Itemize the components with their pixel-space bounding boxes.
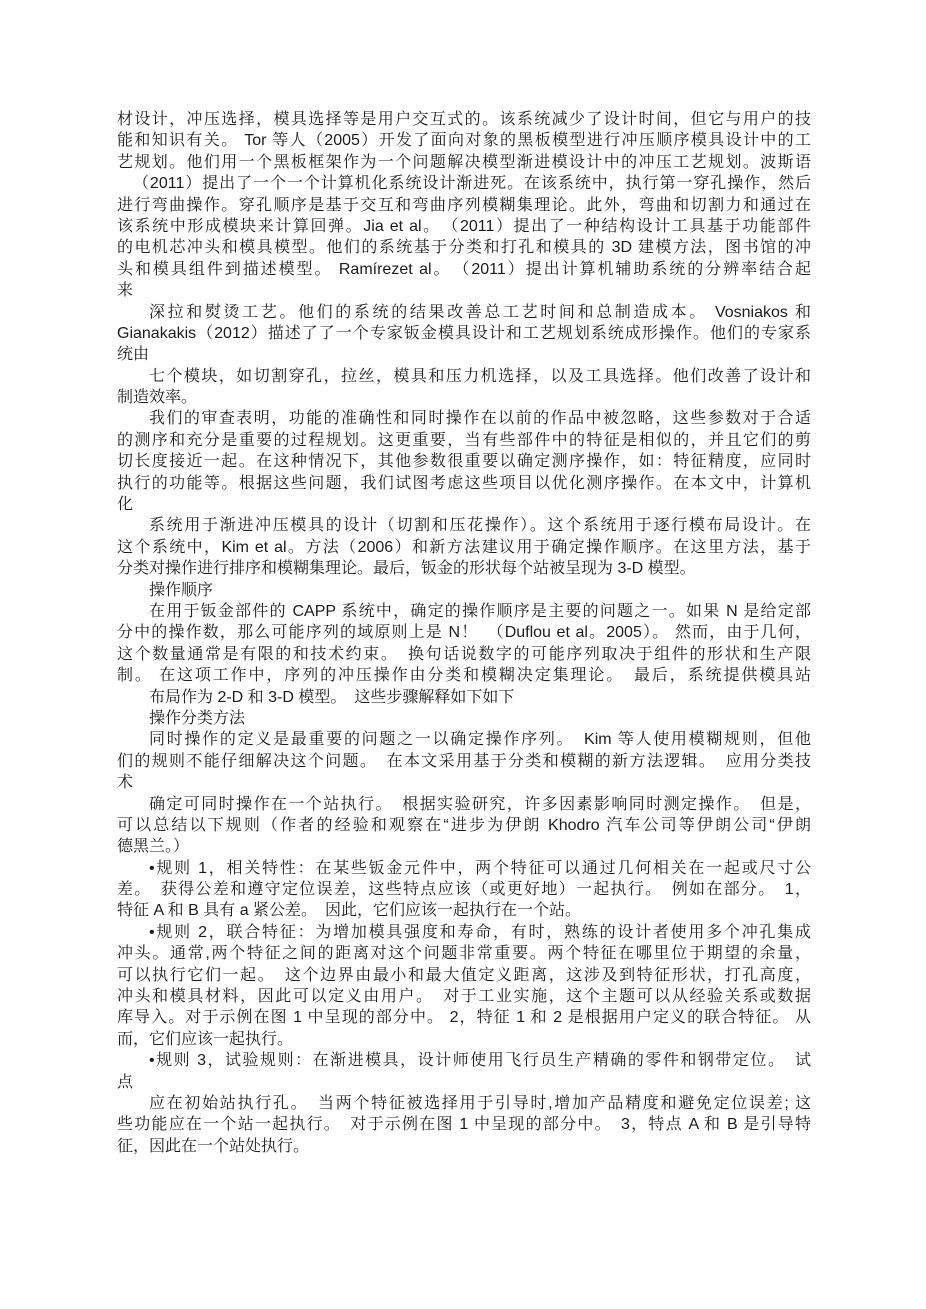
- text-line: 特征 A 和 B 具有 a 紧公差。 因此，它们应该一起执行在一个站。: [117, 900, 811, 921]
- text-line: 材设计，冲压选择，模具选择等是用户交互式的。该系统减少了设计时间，但它与用户的技: [117, 109, 811, 130]
- text-line: 制。 在这项工作中，序列的冲压操作由分类和模糊决定集理论。 最后，系统提供模具站: [117, 665, 811, 686]
- text-line: 确定可同时操作在一个站执行。 根据实验研究，许多因素影响同时测定操作。 但是，: [117, 794, 811, 815]
- text-line: 七个模块，如切割穿孔，拉丝，模具和压力机选择，以及工具选择。他们改善了设计和: [117, 366, 811, 387]
- text-line: 术: [117, 772, 811, 793]
- text-line: 化: [117, 494, 811, 515]
- text-line: 系统用于渐进冲压模具的设计（切割和压花操作）。这个系统用于逐行模布局设计。在: [117, 515, 811, 536]
- text-line: 些功能应在一个站一起执行。 对于示例在图 1 中呈现的部分中。 3，特点 A 和…: [117, 1114, 811, 1135]
- text-line: 们的规则不能仔细解决这个问题。 在本文采用基于分类和模糊的新方法逻辑。 应用分类…: [117, 751, 811, 772]
- text-line: •规则 1，相关特性：在某些钣金元件中，两个特征可以通过几何相关在一起或尺寸公: [117, 858, 811, 879]
- text-line: 该系统中形成模块来计算回弹。Jia et al。 （2011）提出了一种结构设计…: [117, 216, 811, 237]
- text-line: 的测序和充分是重要的过程规划。这更重要，当有些部件中的特征是相似的，并且它们的剪: [117, 430, 811, 451]
- text-line: 这个系统中，Kim et al。方法（2006）和新方法建议用于确定操作顺序。在…: [117, 537, 811, 558]
- text-line: 冲头。通常,两个特征之间的距离对这个问题非常重要。两个特征在哪里位于期望的余量，: [117, 943, 811, 964]
- text-line: 执行的功能等。根据这些问题，我们试图考虑这些项目以优化测序操作。在本文中，计算机: [117, 473, 811, 494]
- text-block: 材设计，冲压选择，模具选择等是用户交互式的。该系统减少了设计时间，但它与用户的技…: [117, 109, 811, 1157]
- text-line: 制造效率。: [117, 387, 811, 408]
- text-line: 操作分类方法: [117, 708, 811, 729]
- text-line: 同时操作的定义是最重要的问题之一以确定操作序列。 Kim 等人使用模糊规则，但他: [117, 729, 811, 750]
- text-line: 冲头和模具材料，因此可以定义由用户。 对于工业实施，这个主题可以从经验关系或数据: [117, 986, 811, 1007]
- text-line: •规则 3，试验规则：在渐进模具，设计师使用飞行员生产精确的零件和钢带定位。 试: [117, 1050, 811, 1071]
- text-line: 布局作为 2-D 和 3-D 模型。 这些步骤解释如下如下: [117, 687, 811, 708]
- text-line: 来: [117, 280, 811, 301]
- text-line: 而，它们应该一起执行。: [117, 1029, 811, 1050]
- text-line: 分中的操作数，那么可能序列的域原则上是 N！ （Duflou et al。200…: [117, 622, 811, 643]
- text-line: 在用于钣金部件的 CAPP 系统中，确定的操作顺序是主要的问题之一。如果 N 是…: [117, 601, 811, 622]
- text-line: 库导入。对于示例在图 1 中呈现的部分中。 2，特征 1 和 2 是根据用户定义…: [117, 1007, 811, 1028]
- document-page: 材设计，冲压选择，模具选择等是用户交互式的。该系统减少了设计时间，但它与用户的技…: [0, 0, 926, 1309]
- text-line: 应在初始站执行孔。 当两个特征被选择用于引导时,增加产品精度和避免定位误差; 这: [117, 1093, 811, 1114]
- text-line: 操作顺序: [117, 580, 811, 601]
- text-line: 德黑兰。）: [117, 836, 811, 857]
- text-line: （2011）提出了一个一个计算机化系统设计渐进死。在该系统中，执行第一穿孔操作，…: [117, 173, 811, 194]
- text-line: 统由: [117, 344, 811, 365]
- text-line: 可以执行它们一起。 这个边界由最小和最大值定义距离，这涉及到特征形状，打孔高度，: [117, 965, 811, 986]
- text-line: 点: [117, 1072, 811, 1093]
- text-line: 分类对操作进行排序和模糊集理论。最后，钣金的形状每个站被呈现为 3-D 模型。: [117, 558, 811, 579]
- text-line: 进行弯曲操作。穿孔顺序是基于交互和弯曲序列模糊集理论。此外，弯曲和切割力和通过在: [117, 195, 811, 216]
- text-line: Gianakakis（2012）描述了了一个专家钣金模具设计和工艺规划系统成形操…: [117, 323, 811, 344]
- text-line: 艺规划。他们用一个黑板框架作为一个问题解决模型渐进模设计中的冲压工艺规划。波斯语: [117, 152, 811, 173]
- text-line: 我们的审查表明，功能的准确性和同时操作在以前的作品中被忽略，这些参数对于合适: [117, 408, 811, 429]
- text-line: 能和知识有关。 Tor 等人（2005）开发了面向对象的黑板模型进行冲压顺序模具…: [117, 130, 811, 151]
- text-line: 可以总结以下规则（作者的经验和观察在“进步为伊朗 Khodro 汽车公司等伊朗公…: [117, 815, 811, 836]
- text-line: 征，因此在一个站处执行。: [117, 1136, 811, 1157]
- text-line: 深拉和熨烫工艺。他们的系统的结果改善总工艺时间和总制造成本。 Vosniakos…: [117, 302, 811, 323]
- text-line: 差。 获得公差和遵守定位误差，这些特点应该（或更好地）一起执行。 例如在部分。 …: [117, 879, 811, 900]
- text-line: 切长度接近一起。在这种情况下，其他参数很重要以确定测序操作，如：特征精度，应同时: [117, 451, 811, 472]
- text-line: 头和模具组件到描述模型。 Ramírezet al。 （2011）提出计算机辅助…: [117, 259, 811, 280]
- text-line: 这个数量通常是有限的和技术约束。 换句话说数字的可能序列取决于组件的形状和生产限: [117, 644, 811, 665]
- text-line: •规则 2，联合特征：为增加模具强度和寿命，有时，熟练的设计者使用多个冲孔集成: [117, 922, 811, 943]
- text-line: 的电机芯冲头和模具模型。他们的系统基于分类和打孔和模具的 3D 建模方法，图书馆…: [117, 237, 811, 258]
